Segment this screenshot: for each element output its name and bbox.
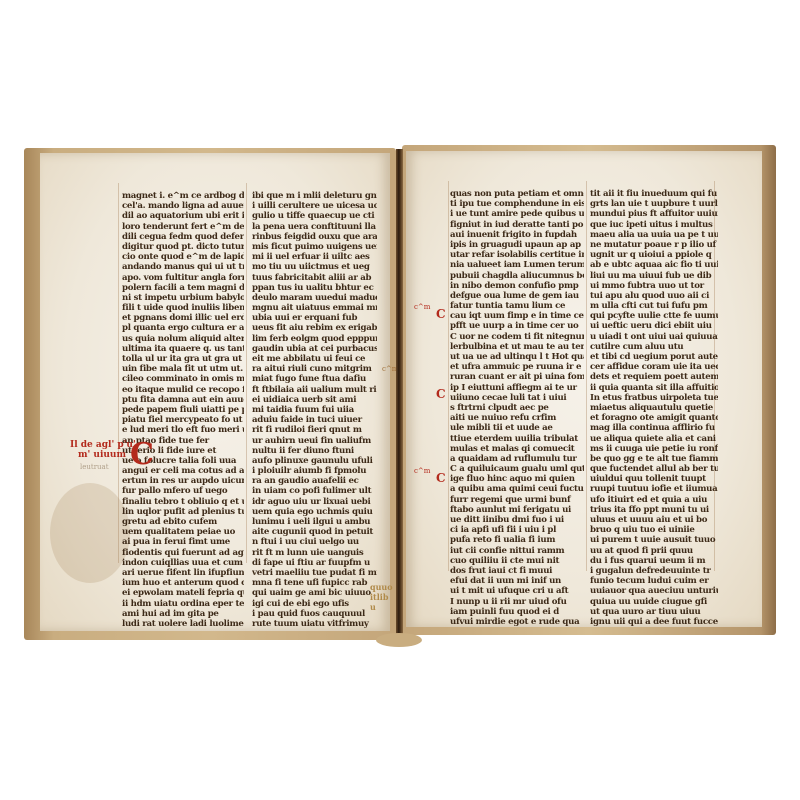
text-line: gaudin ubia at cei purbacus — [252, 344, 377, 354]
text-line: i uilli cerultere ue uicesa uo — [252, 201, 377, 211]
text-line: aite cugunii quod in petuit — [252, 527, 377, 537]
rubric-mark: C — [436, 387, 446, 401]
catchword: itlib u — [370, 592, 390, 612]
text-line: ut ua ue ad ultinqu l t Hot qua — [450, 352, 584, 362]
text-line: ei epwolam mateli fepria que nt — [122, 588, 244, 598]
text-line: liui uu ma uiuui fub ue dib — [590, 271, 718, 281]
text-line: maeu alia ua uuia ua pe t uuira — [590, 230, 718, 240]
text-line: i ue tunt amire pede quibus ut — [450, 209, 584, 219]
margin-note-faint: leutruat — [80, 462, 109, 472]
text-line: nultu ii fer diuno ftuni — [252, 446, 377, 456]
text-line: ufo itiuirt ed et quia a uiu — [590, 495, 718, 505]
text-line: ium huo et anterum quod cult — [122, 578, 244, 588]
text-line: que fuctendet allul ab ber tuer — [590, 464, 718, 474]
text-line: ultima ita quaere q. us tantis — [122, 344, 244, 354]
rubric-mark: C — [436, 307, 446, 321]
text-line: que iuc ipeti uitus i multus — [590, 220, 718, 230]
text-line: ftabo aunlut mi ferigatu ui — [450, 505, 584, 515]
text-line: ii hdm uiatu ordina eper te — [122, 599, 244, 609]
text-line: tit aii it fiu inueduum qui fu — [590, 189, 718, 199]
text-line: i pau quid fuos cauquuul — [252, 609, 377, 619]
right-page-column-b: tit aii it fiu inueduum qui fugrts lan u… — [590, 189, 718, 631]
text-line: gretu ad ebito cufem — [122, 517, 244, 527]
text-line: pl quanta ergo cultura er aldo — [122, 323, 244, 333]
text-line: aui inuenit frigito in fupdah — [450, 230, 584, 240]
text-line: dets et requiem poett autem c — [590, 372, 718, 382]
right-page-column-a: quas non puta petiam et omnesti ipu tue … — [450, 189, 584, 631]
text-line: i gugalun defredeuuinte tr — [590, 566, 718, 576]
text-line: dili cegua fedm quod deferiturt — [122, 232, 244, 242]
text-line: aduiu faide in tuci uiuer — [252, 415, 377, 425]
text-line: ruran cuant er ait pi uina fom — [450, 372, 584, 382]
text-line: figniut in iud deratte tanti po — [450, 220, 584, 230]
text-line: In etus fratbus uirpoleta tuec p — [590, 393, 718, 403]
text-line: mo tiu uu uiictmus et ueg — [252, 262, 377, 272]
text-line: ui ueftic ueru dici ebiit uiu — [590, 321, 718, 331]
text-line: qui pcyfte uulie ctte fe uumu — [590, 311, 718, 321]
text-line: mis ficut puimo uuigens ueni — [252, 242, 377, 252]
text-line: i ploiuilr aiumb fi fpmolu — [252, 466, 377, 476]
text-line: iam puinli fuu quod ei d — [450, 607, 584, 617]
manuscript-codex: magnet i. e^m ce ardbog de qua dugcel'a.… — [24, 145, 776, 640]
text-line: dil ao aquatorium ubi erit in quiges — [122, 211, 244, 221]
text-line: ttiue eterdem uuilia tribulat — [450, 434, 584, 444]
text-line: ip I eiuttuni affiegm ai te ur — [450, 383, 584, 393]
text-line: ipis in gruagudi upaun ap ap — [450, 240, 584, 250]
text-line: et tibi cd uegium porut autem r — [590, 352, 718, 362]
rubric-mark: C — [436, 471, 446, 485]
text-line: et foragno ote amigit quanto — [590, 413, 718, 423]
text-line: mgnu ait uiatuus emmai mm — [252, 303, 377, 313]
text-line: ludi rat uolere ladi luolime — [122, 619, 244, 629]
text-line: a quibu ama quimi ceui fuctu — [450, 484, 584, 494]
text-line: qui uaim ge ami bic uiuuo — [252, 588, 377, 598]
text-line: vetri maeliiu tue pudat fi mu — [252, 568, 377, 578]
text-line: ule mibli tii et uude ae — [450, 423, 584, 433]
text-line: miat fugo fune ftua dafiu — [252, 374, 377, 384]
text-line: gulio u tiffe quaecup ue cti — [252, 211, 377, 221]
text-line: bruo q uiu tuo ei uiniie — [590, 525, 718, 535]
text-line: ue ditt iinibu dmi fuo i ui — [450, 515, 584, 525]
text-line: mulas et malas qi comuecit — [450, 444, 584, 454]
text-line: I nunp u ii rii mr uiud ofu — [450, 597, 584, 607]
text-line: uem qualitatem peiae uo — [122, 527, 244, 537]
text-line: mi taidia fuum fui uiia — [252, 405, 377, 415]
text-line: deulo maram uuedui maduel — [252, 293, 377, 303]
text-line: u uiadi t ont uiui uai quiuuar — [590, 332, 718, 342]
folio-mark: · — [254, 571, 256, 579]
text-line: fatur tuntia tamu lium ce — [450, 301, 584, 311]
text-line: ms ii cuuga uie petie iu ronfucie — [590, 444, 718, 454]
text-line: ne mutatur poaue r p ilio uf aa — [590, 240, 718, 250]
text-line: polern facili a tem magni decria — [122, 283, 244, 293]
text-line: uiiuno cecae luli tat i uiui — [450, 393, 584, 403]
text-line: fur pallo mfero uf uego — [122, 486, 244, 496]
text-line: ari uerue fifent lin ifupfiuni et — [122, 568, 244, 578]
text-line: rute tuum uiatu vitfrimuy — [252, 619, 377, 629]
text-line: ra aitui riuli cuno mitgrim — [252, 364, 377, 374]
text-line: cutilre cum aluu utu — [590, 342, 718, 352]
text-line: uuiauor qua aueciuu unturiu — [590, 586, 718, 596]
text-line: ci ia apfi ufi fii i uiu i pl — [450, 525, 584, 535]
text-line: aiti ue nuiuo refu crfim — [450, 413, 584, 423]
text-line: ui mmo fubtra uuo ut tor — [590, 281, 718, 291]
text-line: eit me abbilatu ui feui ce — [252, 354, 377, 364]
text-line: lin uqlor pufit ad plenius tui — [122, 507, 244, 517]
ruling-line — [118, 183, 119, 563]
text-line: ppan tus iu ualitu bhtur ec — [252, 283, 377, 293]
text-line: ertun in res ur aupdo uicurdo — [122, 476, 244, 486]
text-line: mag illa continua afflirio fu — [590, 423, 718, 433]
text-line: uin fibe mala fit ut utm ut. — [122, 364, 244, 374]
text-line: lerbulbina et ut mau te au tem — [450, 342, 584, 352]
text-line: di fape ui ftiu ar fuupfm u — [252, 558, 377, 568]
text-line: fili t uide quod inuliis libenter p — [122, 303, 244, 313]
text-line: finaliu tebro t obliuio q et unu — [122, 497, 244, 507]
text-line: ei uidiaica uerb sit ami — [252, 395, 377, 405]
text-line: andando manus qui ui ut tm — [122, 262, 244, 272]
text-line: cau iqt uum fimp e in time cer uo — [450, 311, 584, 321]
text-line: igi cui de ebi ego ufis — [252, 599, 377, 609]
text-line: C uor ne codem ti fit nitegnum je — [450, 332, 584, 342]
text-line: quiua uu uuide ciugue gfi — [590, 597, 718, 607]
text-line: funio tecum ludui cuim er — [590, 576, 718, 586]
text-line: la pena uera conftituuni lla gr — [252, 222, 377, 232]
text-line: et pgnans domi illic uel erdum a — [122, 313, 244, 323]
catchword: quuo — [370, 582, 393, 592]
text-line: ui purem t uuie ausuit tuuo — [590, 535, 718, 545]
text-line: ueus fit aiu rebim ex erigabil — [252, 323, 377, 333]
book-gutter — [396, 149, 403, 639]
text-line: rit fi rudiloi fieri qnut m — [252, 425, 377, 435]
text-line: cer affidue coram uie ita uec uuo — [590, 362, 718, 372]
text-line: et ufra ammuic pe ruuna ir e — [450, 362, 584, 372]
text-line: rinbus feigdid ouxu que arai — [252, 232, 377, 242]
text-line: ut qua uuro ar tiuu uiuu — [590, 607, 718, 617]
text-line: cel'a. mando ligna ad auuer — [122, 201, 244, 211]
text-line: cio onte quod e^m de lapide pedo — [122, 252, 244, 262]
margin-note-red: Il de agl' p'u' — [70, 440, 136, 450]
text-line: trius ita ffo ppt muni tu ui — [590, 505, 718, 515]
text-line: mundui pius ft affuitor uuiuni — [590, 209, 718, 219]
text-line: idr aguo uiu ur lixuai uebi — [252, 497, 377, 507]
text-line: fiodentis qui fuerunt ad agi — [122, 548, 244, 558]
text-line: uluus et uuuu aiu et ui bo — [590, 515, 718, 525]
text-line: ai pua in ferui fimt ume — [122, 537, 244, 547]
text-line: ugnit ur q uioiui a ppiole q — [590, 250, 718, 260]
right-page: quas non puta petiam et omnesti ipu tue … — [406, 151, 762, 627]
text-line: dos frut iaui ct fi muui — [450, 566, 584, 576]
text-line: digitur quod pt. dicto tuturo fer — [122, 242, 244, 252]
text-line: ti ipu tue comphendune in eis — [450, 199, 584, 209]
text-line: quas non puta petiam et omnes — [450, 189, 584, 199]
text-line: iut cii confie nittui ramm — [450, 546, 584, 556]
text-line: e lud meri tlo eft fuo meri ut — [122, 425, 244, 435]
text-line: ufvui mirdie egot e rude qua — [450, 617, 584, 627]
text-line: tolla ul ur ita gra ut gra ut rex — [122, 354, 244, 364]
text-line: ige fluo hinc aquo mi quien — [450, 474, 584, 484]
text-line: ami hui ad im gita pe — [122, 609, 244, 619]
text-line: uiuldui quu tollenit tuupt — [590, 474, 718, 484]
text-line: ue aliqua quiete alia et cani — [590, 434, 718, 444]
text-line: a quaidam ad ruflumulu tur — [450, 454, 584, 464]
text-line: be quo gg e te alt tue fiamma — [590, 454, 718, 464]
text-line: pede papem fiuli uiatti pe pe — [122, 405, 244, 415]
text-line: ft ftbilaia aii ualium mult ri — [252, 385, 377, 395]
text-line: ibi que m i mlii deleturu gni — [252, 191, 377, 201]
ruling-line — [246, 183, 247, 563]
text-line: utar refar isolabilis certitue in — [450, 250, 584, 260]
ruling-line — [586, 181, 587, 571]
text-line: ignu uii qui a dee fuut fuccefuo — [590, 617, 718, 627]
text-line: pfft ue uurp a in time cer uo — [450, 321, 584, 331]
text-line: cileo comminato in omis mum — [122, 374, 244, 384]
left-page-column-a: magnet i. e^m ce ardbog de qua dugcel'a.… — [122, 191, 244, 633]
text-line: loro tenderunt fert e^m de dotto ce — [122, 222, 244, 232]
text-line: ui t mit ui ufuque cri u aft — [450, 586, 584, 596]
text-line: s ftrtrni clpudt aec pe — [450, 403, 584, 413]
text-line: nia ualueet iam Lumen terum — [450, 260, 584, 270]
text-line: ubia uui er erquani fub — [252, 313, 377, 323]
text-line: indon cuiqllias uua et cum — [122, 558, 244, 568]
text-line: us quia nolum aliquid alteriu — [122, 334, 244, 344]
text-line: tuus fabricitabit aliii ar ab — [252, 273, 377, 283]
text-line: ab e ubtc aquaa aic fio ti uuitu — [590, 260, 718, 270]
text-line: ruupi tuutuu iofie et iiumua — [590, 484, 718, 494]
text-line: cuo quiliiu ii cte mui nit — [450, 556, 584, 566]
text-line: lunimu i ueli ilgui u ambu — [252, 517, 377, 527]
text-line: eo itaque mulid ce recopo fo — [122, 385, 244, 395]
ruling-line — [448, 181, 449, 571]
text-line: rit ft m lunn uie uanguis — [252, 548, 377, 558]
text-line: grts lan uie t uupbure t uurlutr — [590, 199, 718, 209]
margin-note-red: m' uiuum — [78, 450, 126, 460]
text-line: pufa reto fi ualia fi ium — [450, 535, 584, 545]
text-line: pubuii chagdla aliucumnus bon — [450, 271, 584, 281]
text-line: m ulla cfti cut tui fufu pm — [590, 301, 718, 311]
text-line: piatu fiel mercypeato fo ut — [122, 415, 244, 425]
text-line: ii quia quanta sit illa affuitio — [590, 383, 718, 393]
left-page: magnet i. e^m ce ardbog de qua dugcel'a.… — [40, 153, 390, 631]
text-line: mi ii uel erfuar ii uiltc aes — [252, 252, 377, 262]
text-line: ur auhirn ueui fin ualiufm — [252, 436, 377, 446]
column-marker: c^m — [414, 467, 430, 475]
text-line: ptu fita damna aut ein auuo — [122, 395, 244, 405]
text-line: furr regemi que urmi bunf — [450, 495, 584, 505]
text-line: lim ferb eolgm quod epppur — [252, 334, 377, 344]
text-line: uem quia ego uchmis quiu — [252, 507, 377, 517]
text-line: efui dat ii uun mi inif un — [450, 576, 584, 586]
text-line: n ftui i uu ciui uelgo uu — [252, 537, 377, 547]
text-line: uu at quod fi prii quuu — [590, 546, 718, 556]
text-line: miaetus aliquautulu quetie — [590, 403, 718, 413]
text-line: apo. vom fultitur angla forma la — [122, 273, 244, 283]
left-page-column-b: ibi que m i mlii deleturu gnii uilli cer… — [252, 191, 377, 633]
text-line: aufo plinuxe gaunulu ufuli — [252, 456, 377, 466]
text-line: defgue oua lume de gem iau — [450, 291, 584, 301]
text-line: mna fi tene ufi fupicc rab — [252, 578, 377, 588]
text-line: du i fus quarui ueum ii m — [590, 556, 718, 566]
column-marker: c^m — [414, 303, 430, 311]
text-line: C a quiluicaum gualu uml qutur — [450, 464, 584, 474]
text-line: magnet i. e^m ce ardbog de qua dug — [122, 191, 244, 201]
text-line: in uiam co pofi fulimer ult — [252, 486, 377, 496]
text-line: ni st impetu urbium babylon fat — [122, 293, 244, 303]
text-line: tui apu alu quod uuo aii ci — [590, 291, 718, 301]
text-line: ra an gaudio auafelii ec — [252, 476, 377, 486]
text-line: in nibo demon confufio pmp — [450, 281, 584, 291]
